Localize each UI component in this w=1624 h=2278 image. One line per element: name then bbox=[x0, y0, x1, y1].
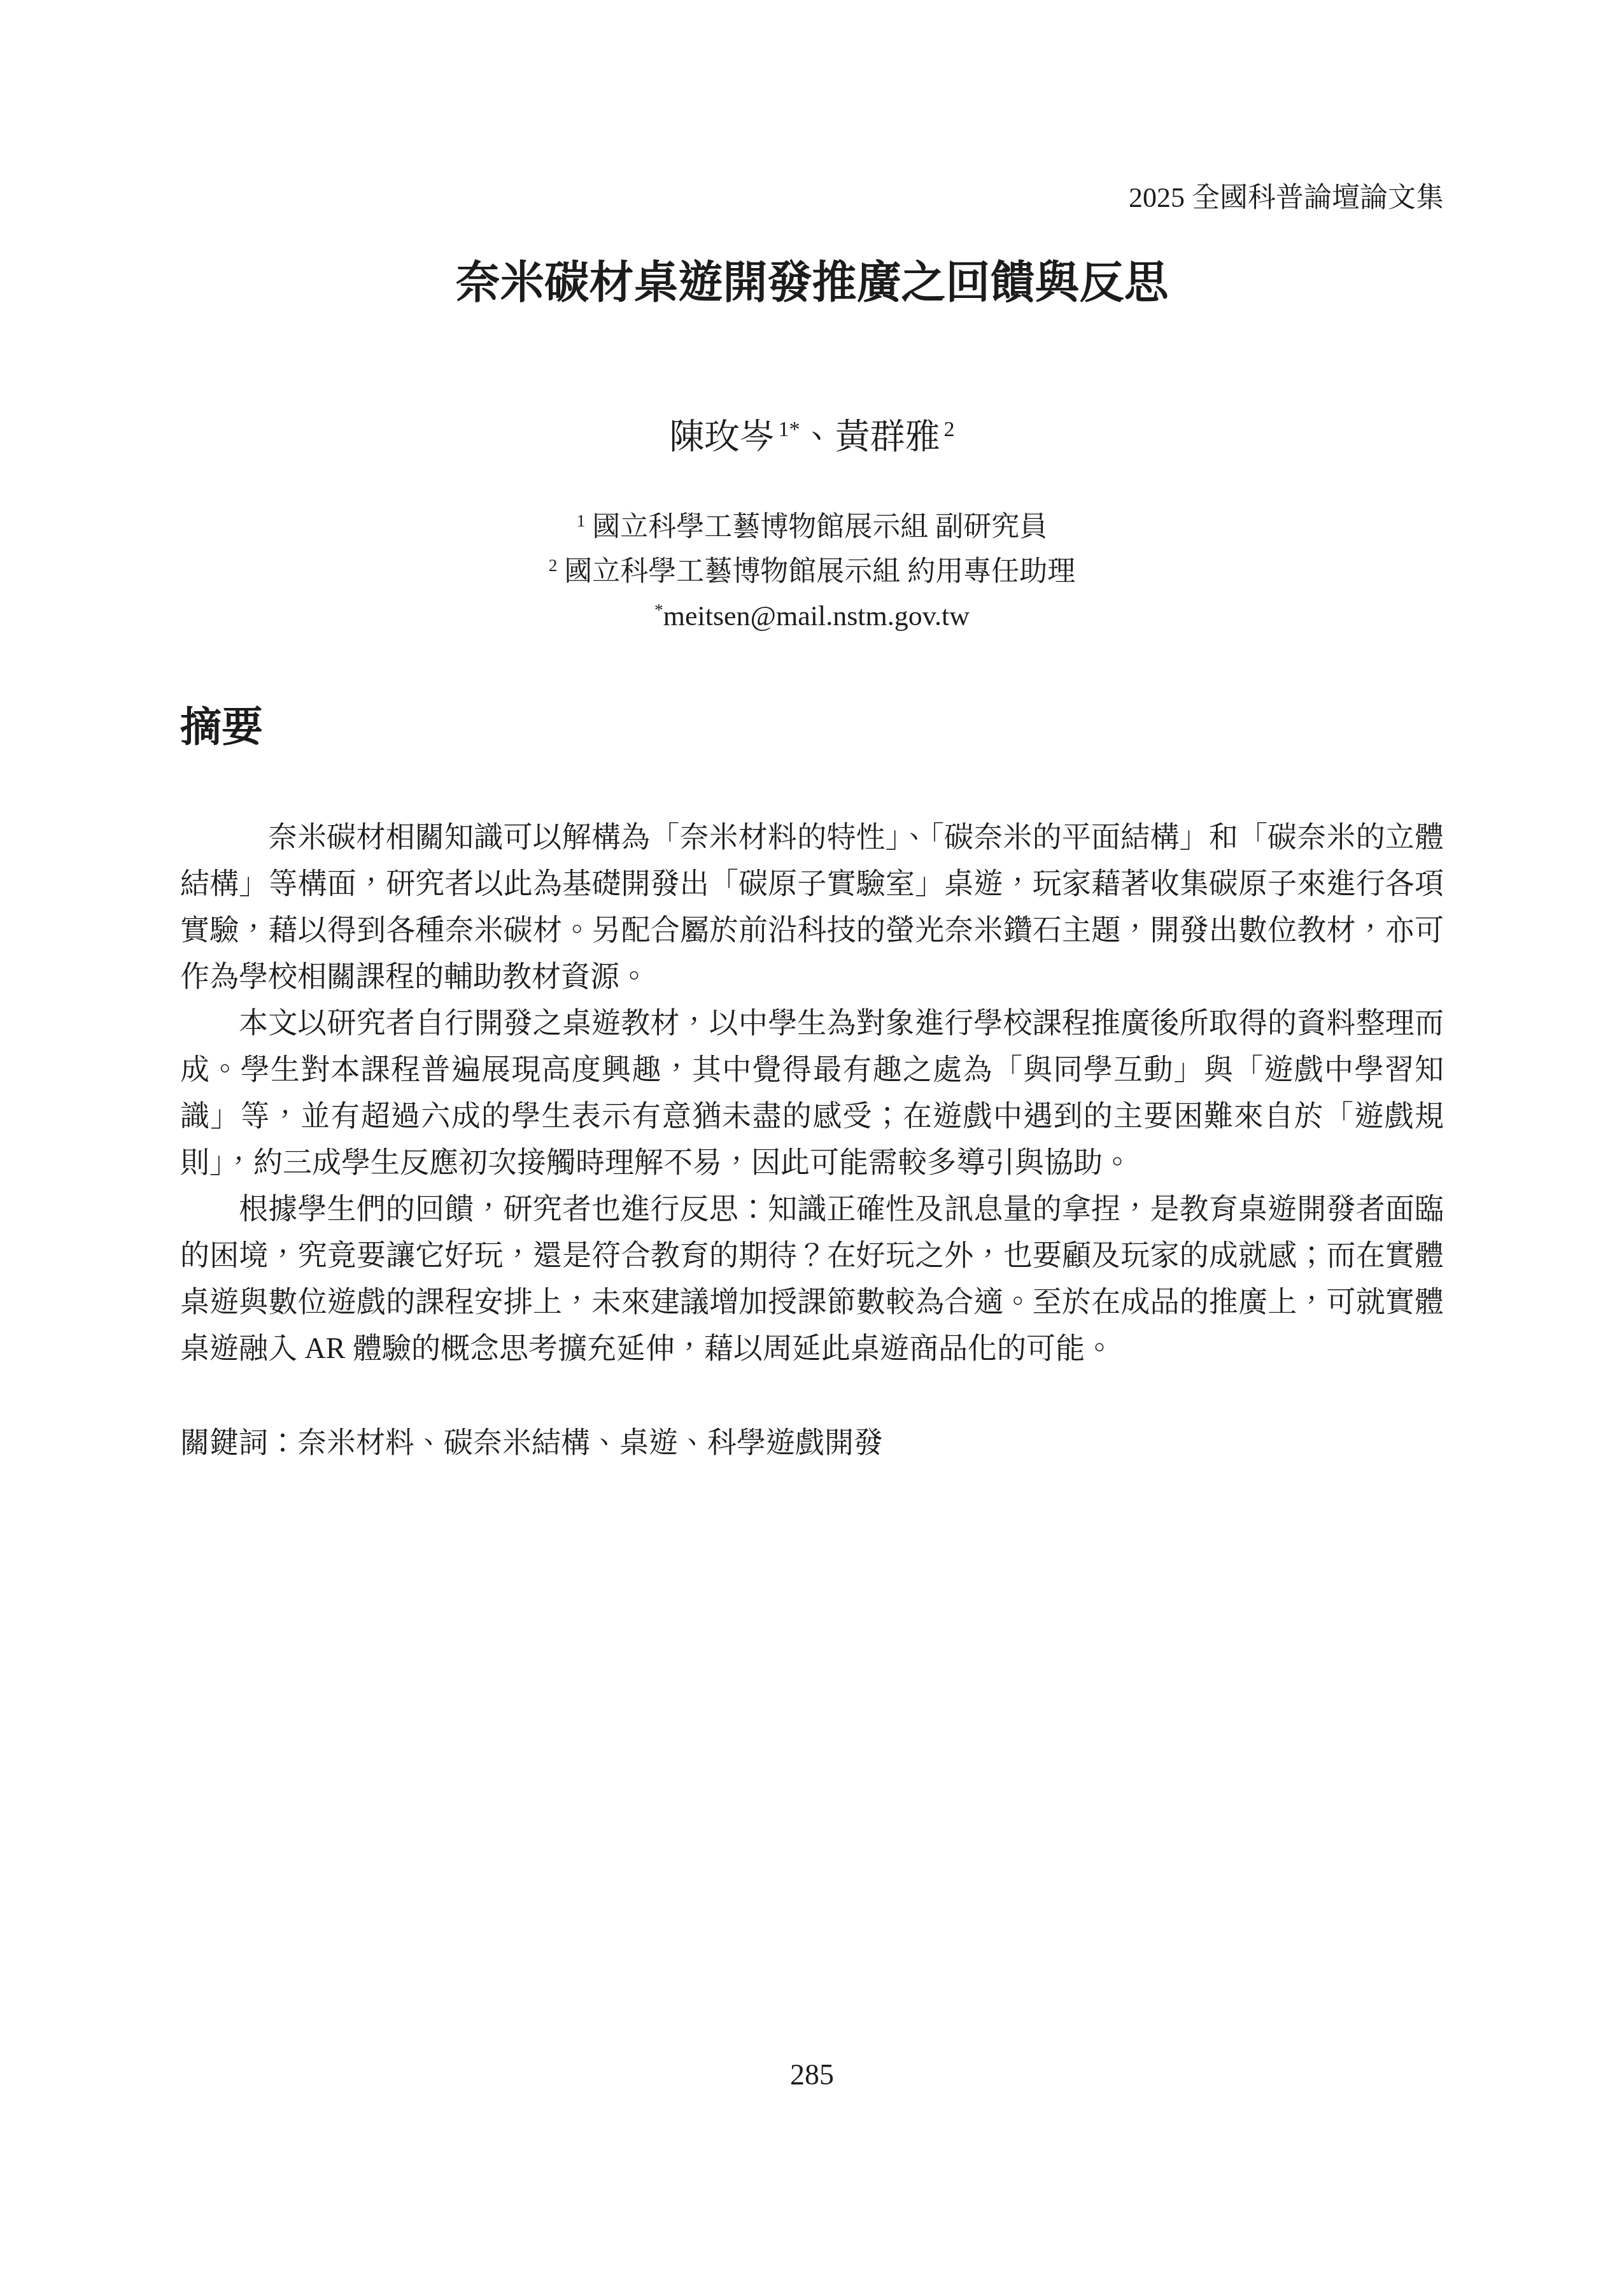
email-address: meitsen@mail.nstm.gov.tw bbox=[663, 600, 970, 632]
abstract-paragraph-3: 根據學生們的回饋，研究者也進行反思：知識正確性及訊息量的拿捏，是教育桌遊開發者面… bbox=[180, 1185, 1444, 1371]
author-separator: 、 bbox=[800, 417, 835, 456]
email-superscript: * bbox=[654, 600, 663, 619]
affiliation-superscript-2: 2 bbox=[549, 556, 558, 575]
abstract-paragraph-1: 奈米碳材相關知識可以解構為「奈米材料的特性」、「碳奈米的平面結構」和「碳奈米的立… bbox=[180, 814, 1444, 1000]
affiliation-line-2: 2 國立科學工藝博物館展示組 約用專任助理 bbox=[180, 549, 1444, 594]
email-line: *meitsen@mail.nstm.gov.tw bbox=[180, 594, 1444, 639]
author-superscript-2: 2 bbox=[944, 418, 955, 441]
abstract-body: 奈米碳材相關知識可以解構為「奈米材料的特性」、「碳奈米的平面結構」和「碳奈米的立… bbox=[180, 814, 1444, 1371]
paper-page: 2025 全國科普論壇論文集 奈米碳材桌遊開發推廣之回饋與反思 陳玫岑1*、黃群… bbox=[0, 0, 1624, 2278]
affiliation-block: 1 國立科學工藝博物館展示組 副研究員 2 國立科學工藝博物館展示組 約用專任助… bbox=[180, 505, 1444, 639]
author-superscript-1: 1* bbox=[778, 418, 800, 441]
affiliation-line-1: 1 國立科學工藝博物館展示組 副研究員 bbox=[180, 505, 1444, 549]
keywords-line: 關鍵詞：奈米材料、碳奈米結構、桌遊、科學遊戲開發 bbox=[180, 1419, 1444, 1466]
page-number: 285 bbox=[0, 2058, 1624, 2091]
proceedings-header: 2025 全國科普論壇論文集 bbox=[180, 0, 1444, 215]
paper-title: 奈米碳材桌遊開發推廣之回饋與反思 bbox=[180, 255, 1444, 313]
abstract-heading: 摘要 bbox=[180, 701, 1444, 755]
author-name-1: 陳玫岑 bbox=[669, 417, 774, 456]
affiliation-text-2: 國立科學工藝博物館展示組 約用專任助理 bbox=[564, 556, 1075, 587]
affiliation-text-1: 國立科學工藝博物館展示組 副研究員 bbox=[592, 511, 1047, 542]
authors-line: 陳玫岑1*、黃群雅2 bbox=[180, 408, 1444, 465]
author-name-2: 黃群雅 bbox=[835, 417, 940, 456]
affiliation-superscript-1: 1 bbox=[577, 511, 586, 530]
abstract-paragraph-2: 本文以研究者自行開發之桌遊教材，以中學生為對象進行學校課程推廣後所取得的資料整理… bbox=[180, 1000, 1444, 1185]
